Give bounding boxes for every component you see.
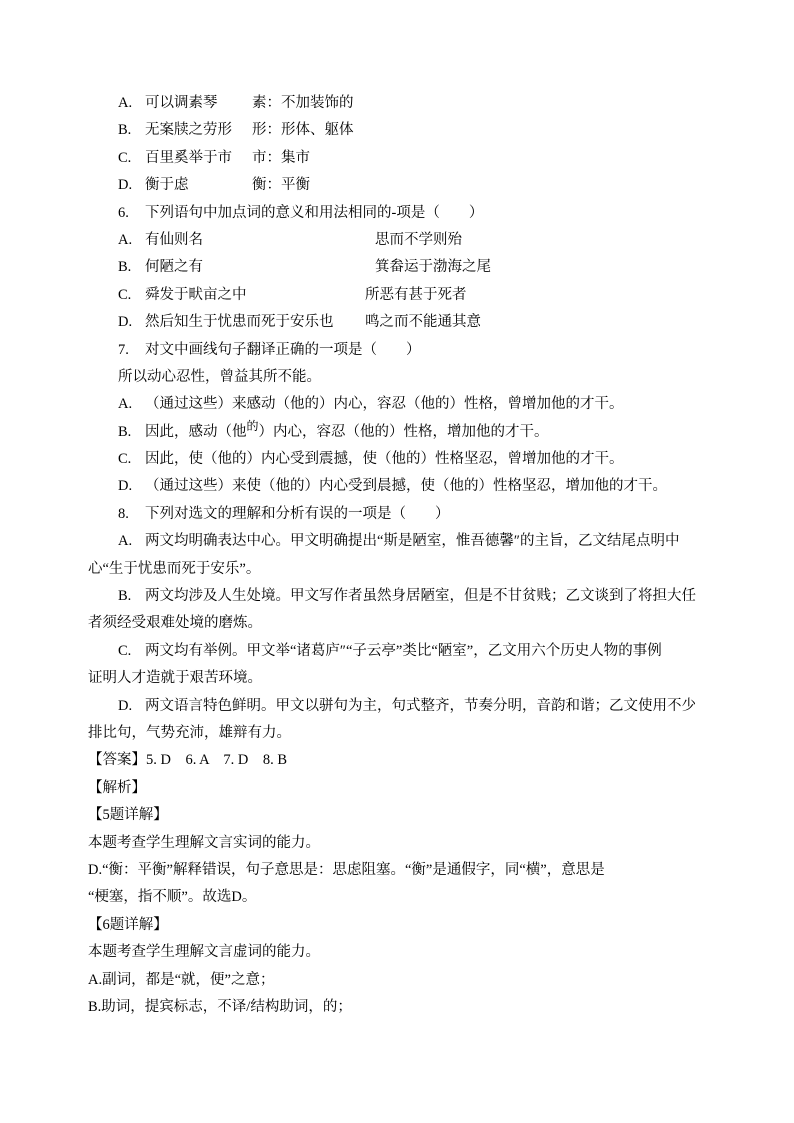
text-line: 证明人才造就于艰苦环境。 xyxy=(0,665,794,692)
line-text: 【答案】5. D 6. A 7. D 8. B xyxy=(88,752,287,768)
option-label: 8. xyxy=(118,501,145,528)
option-label: D. xyxy=(118,473,145,500)
text-line: D.（通过这些）来使（他的）内心受到晨撼，使（他的）性格坚忍，增加他的才干。 xyxy=(0,473,794,500)
text-line: A.可以调素琴素：不加装饰的 xyxy=(0,90,794,117)
line-text: 【6题详解】 xyxy=(88,917,168,933)
text-line: 8.下列对选文的理解和分析有误的一项是（ ） xyxy=(0,501,794,528)
option-gloss: 市：集市 xyxy=(252,150,310,166)
option-phrase: 可以调素琴 xyxy=(145,90,252,117)
text-line: 7.对文中画线句子翻译正确的一项是（ ） xyxy=(0,337,794,364)
line-text: 两文均有举例。甲文举“诸葛庐″“子云亭”类比“陋室”，乙文用六个历史人物的事例 xyxy=(145,643,662,659)
option-phrase: 然后知生于忧患而死于安乐也 xyxy=(145,309,365,336)
option-label: B. xyxy=(118,254,145,281)
text-line: C.因此，使（他的）内心受到震撼，使（他的）性格坚忍，曾增加他的才干。 xyxy=(0,446,794,473)
text-line: 【5题详解】 xyxy=(0,802,794,829)
text-line: B.助词，提宾标志，不译/结构助词，的； xyxy=(0,994,794,1021)
line-text: ）内心，容忍（他的）性格，增加他的才干。 xyxy=(259,424,549,440)
text-line: A.两文均明确表达中心。甲文明确提出“斯是陋室，惟吾德馨″的主旨，乙文结尾点明中 xyxy=(0,528,794,555)
text-line: D.两文语言特色鲜明。甲文以骈句为主，句式整齐，节奏分明，音韵和谐；乙文使用不少 xyxy=(0,693,794,720)
option-label: A. xyxy=(118,227,145,254)
option-label: A. xyxy=(118,90,145,117)
line-text: 两文语言特色鲜明。甲文以骈句为主，句式整齐，节奏分明，音韵和谐；乙文使用不少 xyxy=(145,698,696,714)
line-text: 心“生于忧患而死于安乐”。 xyxy=(88,561,260,577)
option-phrase: 无案牍之劳形 xyxy=(145,117,252,144)
option-gloss: 思而不学则殆 xyxy=(375,232,462,248)
text-line: 【解析】 xyxy=(0,775,794,802)
text-line: A.副词，都是“就，便”之意； xyxy=(0,967,794,994)
text-line: 排比句，气势充沛，雄辩有力。 xyxy=(0,720,794,747)
superscript-char: 的 xyxy=(247,419,259,433)
text-line: 者须经受艰难处境的磨炼。 xyxy=(0,610,794,637)
line-text: 因此，使（他的）内心受到震撼，使（他的）性格坚忍，曾增加他的才干。 xyxy=(145,451,624,467)
option-label: C. xyxy=(118,446,145,473)
option-label: 7. xyxy=(118,337,145,364)
line-text: （通过这些）来感动（他的）内心，容忍（他的）性格，曾增加他的才干。 xyxy=(145,396,624,412)
line-text: 两文均明确表达中心。甲文明确提出“斯是陋室，惟吾德馨″的主旨，乙文结尾点明中 xyxy=(145,533,679,549)
text-line: 所以动心忍性，曾益其所不能。 xyxy=(0,364,794,391)
line-text: “梗塞，指不顺”。故选D。 xyxy=(88,889,256,905)
option-phrase: 百里奚举于市 xyxy=(145,145,252,172)
text-line: B.两文均涉及人生处境。甲文写作者虽然身居陋室，但是不甘贫贱；乙文谈到了将担大任 xyxy=(0,583,794,610)
option-label: C. xyxy=(118,282,145,309)
option-phrase: 衡于虑 xyxy=(145,172,252,199)
text-line: 本题考查学生理解文言虚词的能力。 xyxy=(0,939,794,966)
option-label: B. xyxy=(118,583,145,610)
option-phrase: 舜发于畎亩之中 xyxy=(145,282,365,309)
text-line: A.（通过这些）来感动（他的）内心，容忍（他的）性格，曾增加他的才干。 xyxy=(0,391,794,418)
text-line: B.何陋之有箕畚运于渤海之尾 xyxy=(0,254,794,281)
option-label: A. xyxy=(118,528,145,555)
line-text: 因此，感动（他 xyxy=(145,424,247,440)
text-line: C.两文均有举例。甲文举“诸葛庐″“子云亭”类比“陋室”，乙文用六个历史人物的事… xyxy=(0,638,794,665)
text-line: A.有仙则名思而不学则殆 xyxy=(0,227,794,254)
text-line: “梗塞，指不顺”。故选D。 xyxy=(0,884,794,911)
option-label: C. xyxy=(118,145,145,172)
option-label: C. xyxy=(118,638,145,665)
text-line: B.因此，感动（他的）内心，容忍（他的）性格，增加他的才干。 xyxy=(0,419,794,446)
text-line: D.“衡：平衡”解释错误，句子意思是：思虑阻塞。“衡”是通假字，同“横”，意思是 xyxy=(0,857,794,884)
option-phrase: 何陋之有 xyxy=(145,254,375,281)
option-label: D. xyxy=(118,172,145,199)
text-line: D.然后知生于忧患而死于安乐也鸣之而不能通其意 xyxy=(0,309,794,336)
line-text: B.助词，提宾标志，不译/结构助词，的； xyxy=(88,999,352,1015)
line-text: 本题考查学生理解文言实词的能力。 xyxy=(88,835,320,851)
option-label: A. xyxy=(118,391,145,418)
line-text: 排比句，气势充沛，雄辩有力。 xyxy=(88,725,291,741)
line-text: A.副词，都是“就，便”之意； xyxy=(88,972,274,988)
option-phrase: 有仙则名 xyxy=(145,227,375,254)
line-text: （通过这些）来使（他的）内心受到晨撼，使（他的）性格坚忍，增加他的才干。 xyxy=(145,478,667,494)
document-body: A.可以调素琴素：不加装饰的B.无案牍之劳形形：形体、躯体C.百里奚举于市市：集… xyxy=(0,90,794,1021)
option-label: B. xyxy=(118,419,145,446)
option-label: D. xyxy=(118,309,145,336)
option-gloss: 箕畚运于渤海之尾 xyxy=(375,259,491,275)
line-text: 对文中画线句子翻译正确的一项是（ ） xyxy=(145,342,421,358)
option-label: D. xyxy=(118,693,145,720)
exam-document-page: A.可以调素琴素：不加装饰的B.无案牍之劳形形：形体、躯体C.百里奚举于市市：集… xyxy=(0,0,794,1123)
text-line: 6.下列语句中加点词的意义和用法相同的-项是（ ） xyxy=(0,200,794,227)
text-line: 【答案】5. D 6. A 7. D 8. B xyxy=(0,747,794,774)
text-line: C.百里奚举于市市：集市 xyxy=(0,145,794,172)
text-line: D.衡于虑衡：平衡 xyxy=(0,172,794,199)
option-gloss: 所恶有甚于死者 xyxy=(365,287,467,303)
line-text: 下列对选文的理解和分析有误的一项是（ ） xyxy=(145,506,450,522)
option-gloss: 衡：平衡 xyxy=(252,177,310,193)
text-line: B.无案牍之劳形形：形体、躯体 xyxy=(0,117,794,144)
line-text: 【5题详解】 xyxy=(88,807,168,823)
option-label: 6. xyxy=(118,200,145,227)
option-label: B. xyxy=(118,117,145,144)
line-text: 者须经受艰难处境的磨炼。 xyxy=(88,615,262,631)
line-text: 所以动心忍性，曾益其所不能。 xyxy=(118,369,321,385)
text-line: C.舜发于畎亩之中所恶有甚于死者 xyxy=(0,282,794,309)
text-line: 本题考查学生理解文言实词的能力。 xyxy=(0,830,794,857)
option-gloss: 鸣之而不能通其意 xyxy=(365,314,481,330)
line-text: D.“衡：平衡”解释错误，句子意思是：思虑阻塞。“衡”是通假字，同“横”，意思是 xyxy=(88,862,605,878)
line-text: 【解析】 xyxy=(88,780,146,796)
line-text: 下列语句中加点词的意义和用法相同的-项是（ ） xyxy=(145,205,483,221)
option-gloss: 素：不加装饰的 xyxy=(252,95,354,111)
text-line: 【6题详解】 xyxy=(0,912,794,939)
line-text: 本题考查学生理解文言虚词的能力。 xyxy=(88,944,320,960)
option-gloss: 形：形体、躯体 xyxy=(252,122,354,138)
text-line: 心“生于忧患而死于安乐”。 xyxy=(0,556,794,583)
line-text: 证明人才造就于艰苦环境。 xyxy=(88,670,262,686)
line-text: 两文均涉及人生处境。甲文写作者虽然身居陋室，但是不甘贫贱；乙文谈到了将担大任 xyxy=(145,588,696,604)
